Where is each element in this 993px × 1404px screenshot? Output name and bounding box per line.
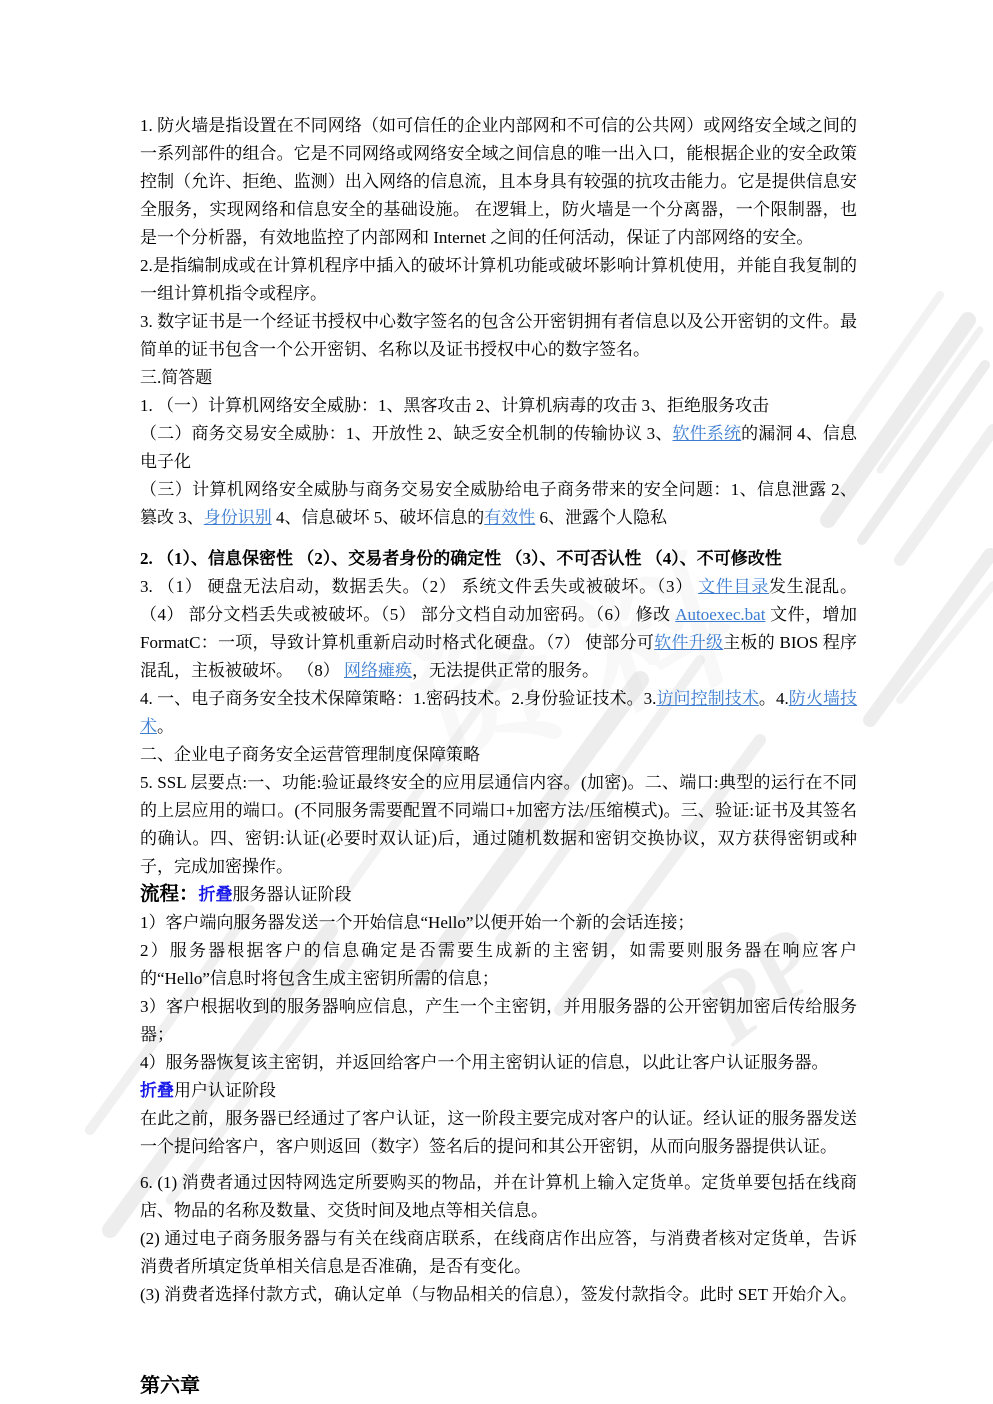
text-run: 3. 数字证书是一个经证书授权中心数字签名的包含公开密钥拥有者信息以及公开密钥的… (140, 312, 857, 359)
text-run: 1）客户端向服务器发送一个开始信息“Hello”以便开始一个新的会话连接； (140, 913, 694, 932)
paragraph: 三.简答题 (140, 364, 857, 392)
text-run: 服务器认证阶段 (233, 885, 352, 904)
text-run: 6. (1) 消费者通过因特网选定所要购买的物品，并在计算机上输入定货单。定货单… (140, 1173, 857, 1220)
text-run: 5. SSL 层要点:一、功能:验证最终安全的应用层通信内容。(加密)。二、端口… (140, 773, 857, 876)
text-run: 2. （1）、信息保密性 （2）、交易者身份的确定性 （3）、不可否认性 （4）… (140, 549, 782, 568)
text-run: ，无法提供正常的服务。 (412, 661, 599, 680)
paragraph: 4. 一、电子商务安全技术保障策略：1.密码技术。2.身份验证技术。3.访问控制… (140, 685, 857, 741)
paragraph: 5. SSL 层要点:一、功能:验证最终安全的应用层通信内容。(加密)。二、端口… (140, 769, 857, 881)
paragraph: 3）客户根据收到的服务器响应信息，产生一个主密钥，并用服务器的公开密钥加密后传给… (140, 993, 857, 1049)
paragraph: 1. 防火墙是指设置在不同网络（如可信任的企业内部网和不可信的公共网）或网络安全… (140, 112, 857, 252)
text-run: (3) 消费者选择付款方式，确认定单（与物品相关的信息），签发付款指令。此时 S… (140, 1285, 857, 1304)
text-run: 在此之前，服务器已经通过了客户认证，这一阶段主要完成对客户的认证。经认证的服务器… (140, 1109, 857, 1156)
text-run: 1. 防火墙是指设置在不同网络（如可信任的企业内部网和不可信的公共网）或网络安全… (140, 116, 857, 247)
paragraph: 1）客户端向服务器发送一个开始信息“Hello”以便开始一个新的会话连接； (140, 909, 857, 937)
flow-label: 流程： (140, 884, 199, 905)
hyperlink[interactable]: 访问控制技术 (656, 689, 759, 708)
paragraph: 1. （一）计算机网络安全威胁：1、黑客攻击 2、计算机病毒的攻击 3、拒绝服务… (140, 392, 857, 420)
text-run: 。 (157, 717, 174, 736)
paragraph: 6. (1) 消费者通过因特网选定所要购买的物品，并在计算机上输入定货单。定货单… (140, 1169, 857, 1225)
text-run: 2.是指编制成或在计算机程序中插入的破坏计算机功能或破坏影响计算机使用，并能自我… (140, 256, 857, 303)
document-page: { "page": { "width": 993, "height": 1404… (0, 0, 993, 1404)
paragraph: 2.是指编制成或在计算机程序中插入的破坏计算机功能或破坏影响计算机使用，并能自我… (140, 252, 857, 308)
text-run: 3）客户根据收到的服务器响应信息，产生一个主密钥，并用服务器的公开密钥加密后传给… (140, 997, 857, 1044)
collapse-toggle[interactable]: 折叠 (199, 885, 233, 904)
paragraph: 二、企业电子商务安全运营管理制度保障策略 (140, 741, 857, 769)
hyperlink[interactable]: 有效性 (484, 508, 535, 527)
hyperlink[interactable]: 文件目录 (698, 577, 769, 596)
hyperlink[interactable]: 软件升级 (654, 633, 723, 652)
paragraph: 3. 数字证书是一个经证书授权中心数字签名的包含公开密钥拥有者信息以及公开密钥的… (140, 308, 857, 364)
text-run: 6、泄露个人隐私 (535, 508, 667, 527)
paragraph: （三）计算机网络安全威胁与商务交易安全威胁给电子商务带来的安全问题：1、信息泄露… (140, 476, 857, 532)
text-run: 用户认证阶段 (174, 1081, 276, 1100)
hyperlink[interactable]: 身份识别 (204, 508, 272, 527)
paragraph: 流程：折叠服务器认证阶段 (140, 881, 857, 909)
text-run: 二、企业电子商务安全运营管理制度保障策略 (140, 745, 480, 764)
text-run: 4、信息破坏 5、破坏信息的 (272, 508, 485, 527)
collapse-toggle[interactable]: 折叠 (140, 1081, 174, 1100)
hyperlink[interactable]: Autoexec.bat (675, 605, 765, 624)
text-run: 。4. (759, 689, 789, 708)
text-run: 2）服务器根据客户的信息确定是否需要生成新的主密钥，如需要则服务器在响应客户的“… (140, 941, 857, 988)
paragraph: 3. （1） 硬盘无法启动，数据丢失。（2） 系统文件丢失或被破坏。（3） 文件… (140, 573, 857, 685)
chapter-heading: 第六章 (140, 1371, 857, 1401)
text-run: 1. （一）计算机网络安全威胁：1、黑客攻击 2、计算机病毒的攻击 3、拒绝服务… (140, 396, 769, 415)
text-run: 三.简答题 (140, 368, 212, 387)
text-run: 3. （1） 硬盘无法启动，数据丢失。（2） 系统文件丢失或被破坏。（3） (140, 577, 698, 596)
paragraph: 折叠用户认证阶段 (140, 1077, 857, 1105)
paragraph: 在此之前，服务器已经通过了客户认证，这一阶段主要完成对客户的认证。经认证的服务器… (140, 1105, 857, 1161)
document-body: 1. 防火墙是指设置在不同网络（如可信任的企业内部网和不可信的公共网）或网络安全… (140, 112, 857, 1401)
text-run: (2) 通过电子商务服务器与有关在线商店联系，在线商店作出应答，与消费者核对定货… (140, 1229, 857, 1276)
paragraph: 2）服务器根据客户的信息确定是否需要生成新的主密钥，如需要则服务器在响应客户的“… (140, 937, 857, 993)
paragraph: (2) 通过电子商务服务器与有关在线商店联系，在线商店作出应答，与消费者核对定货… (140, 1225, 857, 1281)
hyperlink[interactable]: 软件系统 (672, 424, 741, 443)
paragraph: (3) 消费者选择付款方式，确认定单（与物品相关的信息），签发付款指令。此时 S… (140, 1281, 857, 1309)
text-run: （二）商务交易安全威胁：1、开放性 2、缺乏安全机制的传输协议 3、 (140, 424, 672, 443)
paragraph: （二）商务交易安全威胁：1、开放性 2、缺乏安全机制的传输协议 3、软件系统的漏… (140, 420, 857, 476)
paragraph: 4）服务器恢复该主密钥，并返回给客户一个用主密钥认证的信息，以此让客户认证服务器… (140, 1049, 857, 1077)
paragraph: 2. （1）、信息保密性 （2）、交易者身份的确定性 （3）、不可否认性 （4）… (140, 545, 857, 573)
text-run: 4. 一、电子商务安全技术保障策略：1.密码技术。2.身份验证技术。3. (140, 689, 656, 708)
hyperlink[interactable]: 网络瘫痪 (344, 661, 412, 680)
text-run: 4）服务器恢复该主密钥，并返回给客户一个用主密钥认证的信息，以此让客户认证服务器… (140, 1053, 829, 1072)
